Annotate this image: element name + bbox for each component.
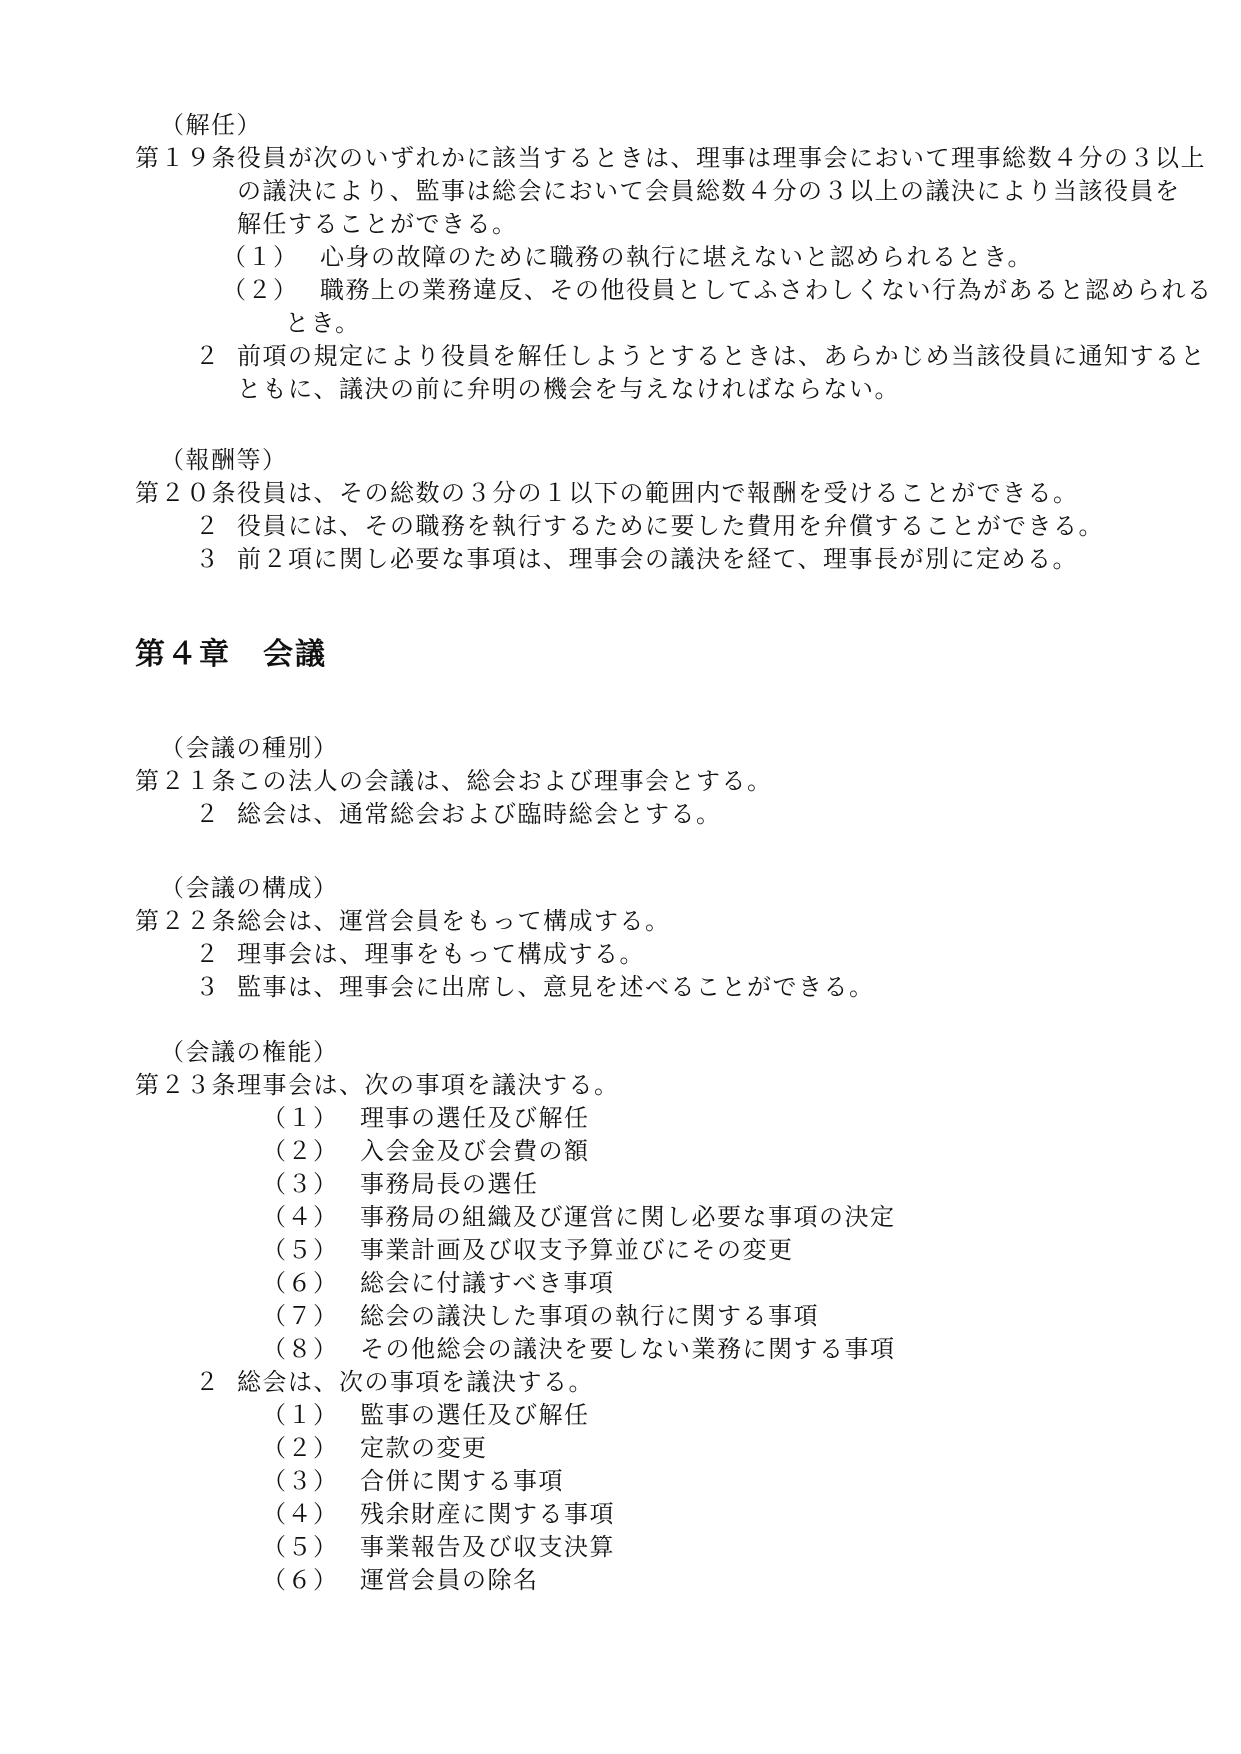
document-line: （２）職務上の業務違反、その他役員としてふさわしくない行為があると認められる <box>0 275 1241 308</box>
document-line: （１）心身の故障のために職務の執行に堪えないと認められるとき。 <box>0 242 1241 275</box>
document-line: （３）事務局長の選任 <box>0 1169 1241 1202</box>
document-line: 解任することができる。 <box>0 209 1241 242</box>
document-line: ２前項の規定により役員を解任しようとするときは、あらかじめ当該役員に通知すると <box>0 341 1241 374</box>
line-text: ともに、議決の前に弁明の機会を与えなければならない。 <box>237 377 900 403</box>
line-text: その他総会の議決を要しない業務に関する事項 <box>360 1337 896 1363</box>
line-text: 総会の議決した事項の執行に関する事項 <box>360 1304 819 1330</box>
line-text: 心身の故障のために職務の執行に堪えないと認められるとき。 <box>320 245 1033 271</box>
line-number: 第２３条 <box>135 1070 237 1103</box>
line-number: 第１９条 <box>135 143 237 176</box>
line-number: （５） <box>262 1532 360 1565</box>
document-line: （５）事業計画及び収支予算並びにその変更 <box>0 1235 1241 1268</box>
line-number: （１） <box>262 1400 360 1433</box>
line-number: ３ <box>195 544 237 577</box>
line-text: 理事会は、次の事項を議決する。 <box>237 1073 620 1099</box>
document-line: （２）入会金及び会費の額 <box>0 1136 1241 1169</box>
document-page: （解任）第１９条役員が次のいずれかに該当するときは、理事は理事会において理事総数… <box>0 0 1241 1754</box>
document-line: 第２３条理事会は、次の事項を議決する。 <box>0 1070 1241 1103</box>
document-line: ３前２項に関し必要な事項は、理事会の議決を経て、理事長が別に定める。 <box>0 544 1241 577</box>
section-label: （会議の構成） <box>0 873 1241 906</box>
document-line: （６）総会に付議すべき事項 <box>0 1268 1241 1301</box>
line-text: 役員には、その職務を執行するために要した費用を弁償することができる。 <box>237 514 1104 540</box>
line-number: 第２０条 <box>135 478 237 511</box>
line-number: （５） <box>262 1235 360 1268</box>
line-number: （２） <box>262 1136 360 1169</box>
line-text: 総会は、通常総会および臨時総会とする。 <box>237 802 722 828</box>
document-line: ２理事会は、理事をもって構成する。 <box>0 939 1241 972</box>
line-number: （６） <box>262 1565 360 1598</box>
line-number: （６） <box>262 1268 360 1301</box>
document-line: の議決により、監事は総会において会員総数４分の３以上の議決により当該役員を <box>0 176 1241 209</box>
line-text: とき。 <box>285 311 361 337</box>
line-text: 残余財産に関する事項 <box>360 1502 615 1528</box>
document-line: ともに、議決の前に弁明の機会を与えなければならない。 <box>0 374 1241 407</box>
document-section: （報酬等）第２０条役員は、その総数の３分の１以下の範囲内で報酬を受けることができ… <box>0 445 1241 577</box>
line-text: 入会金及び会費の額 <box>360 1139 590 1165</box>
document-section: （会議の構成）第２２条総会は、運営会員をもって構成する。２理事会は、理事をもって… <box>0 873 1241 1005</box>
section-label: （会議の種別） <box>0 733 1241 766</box>
line-text: 役員が次のいずれかに該当するときは、理事は理事会において理事総数４分の３以上 <box>237 146 1206 172</box>
document-line: （３）合併に関する事項 <box>0 1466 1241 1499</box>
line-number: （７） <box>262 1301 360 1334</box>
line-text: 監事は、理事会に出席し、意見を述べることができる。 <box>237 975 875 1001</box>
document-line: （２）定款の変更 <box>0 1433 1241 1466</box>
document-line: 第２１条この法人の会議は、総会および理事会とする。 <box>0 766 1241 799</box>
document-line: （４）残余財産に関する事項 <box>0 1499 1241 1532</box>
line-number: （４） <box>262 1499 360 1532</box>
chapter-heading: 第４章 会議 <box>0 635 1241 675</box>
document-line: 第２０条役員は、その総数の３分の１以下の範囲内で報酬を受けることができる。 <box>0 478 1241 511</box>
line-number: （３） <box>262 1169 360 1202</box>
line-text: 事務局長の選任 <box>360 1172 539 1198</box>
document-line: （８）その他総会の議決を要しない業務に関する事項 <box>0 1334 1241 1367</box>
line-text: 役員は、その総数の３分の１以下の範囲内で報酬を受けることができる。 <box>237 481 1079 507</box>
document-body: （解任）第１９条役員が次のいずれかに該当するときは、理事は理事会において理事総数… <box>0 110 1241 1598</box>
line-text: 合併に関する事項 <box>360 1469 564 1495</box>
line-text: 理事の選任及び解任 <box>360 1106 590 1132</box>
line-number: ２ <box>195 939 237 972</box>
line-number: ２ <box>195 799 237 832</box>
document-line: （６）運営会員の除名 <box>0 1565 1241 1598</box>
document-line: とき。 <box>0 308 1241 341</box>
document-section: （解任）第１９条役員が次のいずれかに該当するときは、理事は理事会において理事総数… <box>0 110 1241 407</box>
document-section: （会議の権能）第２３条理事会は、次の事項を議決する。（１）理事の選任及び解任（２… <box>0 1037 1241 1598</box>
line-text: 事務局の組織及び運営に関し必要な事項の決定 <box>360 1205 896 1231</box>
line-text: 総会は、運営会員をもって構成する。 <box>237 909 671 935</box>
document-line: （７）総会の議決した事項の執行に関する事項 <box>0 1301 1241 1334</box>
line-number: ２ <box>195 341 237 374</box>
document-line: ２役員には、その職務を執行するために要した費用を弁償することができる。 <box>0 511 1241 544</box>
line-text: の議決により、監事は総会において会員総数４分の３以上の議決により当該役員を <box>237 179 1181 205</box>
line-text: 解任することができる。 <box>237 212 518 238</box>
line-text: 総会に付議すべき事項 <box>360 1271 615 1297</box>
document-line: ２総会は、次の事項を議決する。 <box>0 1367 1241 1400</box>
line-text: 総会は、次の事項を議決する。 <box>237 1370 594 1396</box>
document-line: ２総会は、通常総会および臨時総会とする。 <box>0 799 1241 832</box>
line-number: ３ <box>195 972 237 1005</box>
line-number: （８） <box>262 1334 360 1367</box>
section-label: （報酬等） <box>0 445 1241 478</box>
line-text: 運営会員の除名 <box>360 1568 539 1594</box>
section-label: （会議の権能） <box>0 1037 1241 1070</box>
document-line: 第２２条総会は、運営会員をもって構成する。 <box>0 906 1241 939</box>
line-number: ２ <box>195 511 237 544</box>
line-text: 監事の選任及び解任 <box>360 1403 590 1429</box>
line-number: ２ <box>195 1367 237 1400</box>
line-text: 事業報告及び収支決算 <box>360 1535 615 1561</box>
line-text: 定款の変更 <box>360 1436 488 1462</box>
document-line: （４）事務局の組織及び運営に関し必要な事項の決定 <box>0 1202 1241 1235</box>
line-number: 第２２条 <box>135 906 237 939</box>
document-line: 第１９条役員が次のいずれかに該当するときは、理事は理事会において理事総数４分の３… <box>0 143 1241 176</box>
document-line: （５）事業報告及び収支決算 <box>0 1532 1241 1565</box>
line-number: （２） <box>262 1433 360 1466</box>
document-line: ３監事は、理事会に出席し、意見を述べることができる。 <box>0 972 1241 1005</box>
line-text: この法人の会議は、総会および理事会とする。 <box>237 769 773 795</box>
line-number: 第２１条 <box>135 766 237 799</box>
line-number: （２） <box>222 275 320 308</box>
line-number: （３） <box>262 1466 360 1499</box>
line-number: （１） <box>222 242 320 275</box>
line-text: 理事会は、理事をもって構成する。 <box>237 942 645 968</box>
line-text: 職務上の業務違反、その他役員としてふさわしくない行為があると認められる <box>320 278 1213 304</box>
line-text: 事業計画及び収支予算並びにその変更 <box>360 1238 794 1264</box>
section-label: （解任） <box>0 110 1241 143</box>
line-number: （１） <box>262 1103 360 1136</box>
document-section: （会議の種別）第２１条この法人の会議は、総会および理事会とする。２総会は、通常総… <box>0 733 1241 832</box>
line-text: 前２項に関し必要な事項は、理事会の議決を経て、理事長が別に定める。 <box>237 547 1078 573</box>
line-number: （４） <box>262 1202 360 1235</box>
document-line: （１）理事の選任及び解任 <box>0 1103 1241 1136</box>
document-line: （１）監事の選任及び解任 <box>0 1400 1241 1433</box>
line-text: 前項の規定により役員を解任しようとするときは、あらかじめ当該役員に通知すると <box>237 344 1206 370</box>
